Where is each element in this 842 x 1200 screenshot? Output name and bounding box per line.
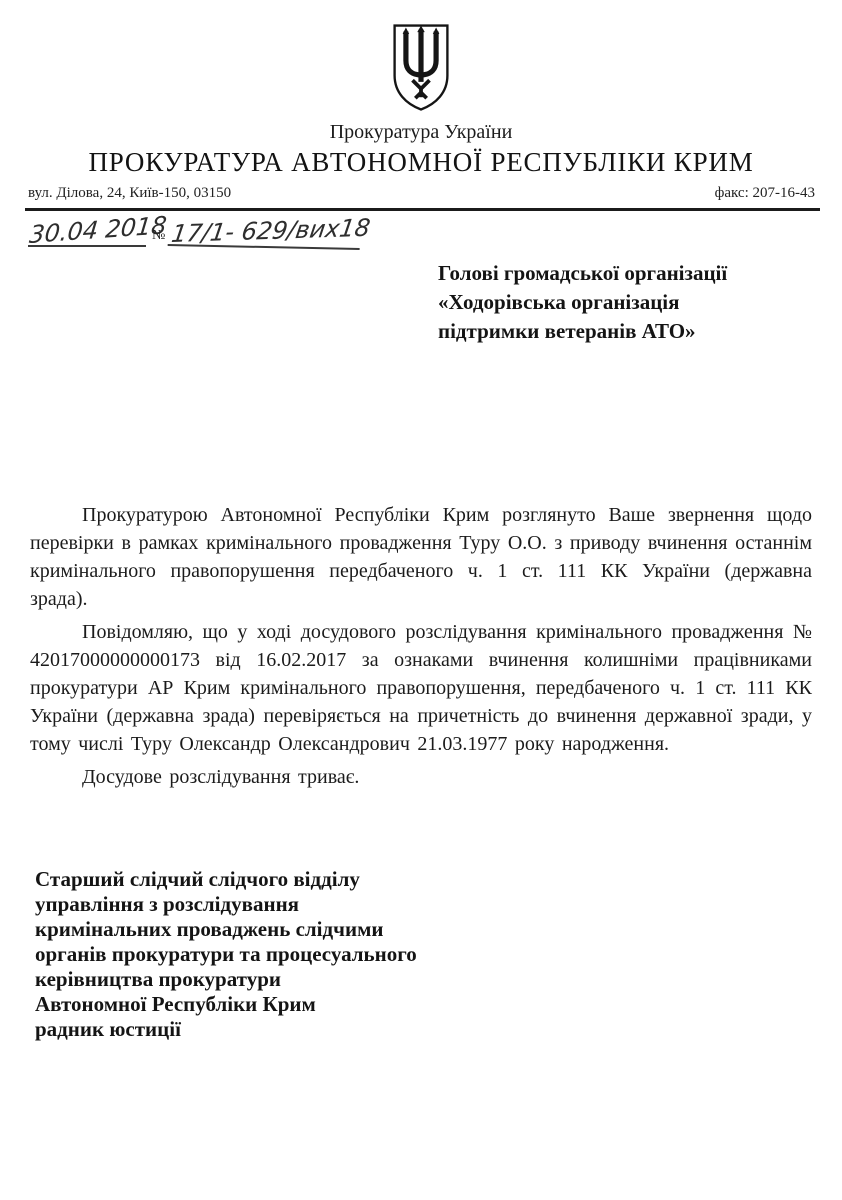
recipient-line: Голові громадської організації: [438, 259, 842, 288]
scanned-letter-page: Прокуратура України ПРОКУРАТУРА АВТОНОМН…: [0, 0, 842, 1200]
numero-sign: №: [152, 228, 165, 244]
body-paragraph: Досудове розслідування триває.: [30, 763, 812, 791]
signature-line: радник юстиції: [35, 1017, 842, 1042]
org-title: ПРОКУРАТУРА АВТОНОМНОЇ РЕСПУБЛІКИ КРИМ: [0, 147, 842, 178]
ukraine-trident-emblem-icon: [388, 101, 454, 118]
signature-line: управління з розслідування: [35, 892, 842, 917]
address-row: вул. Ділова, 24, Київ-150, 03150 факс: 2…: [0, 185, 842, 202]
signature-line: органів прокуратури та процесуального: [35, 942, 842, 967]
signature-line: кримінальних проваджень слідчими: [35, 917, 842, 942]
body-paragraph: Прокуратурою Автономної Республіки Крим …: [30, 501, 812, 613]
signature-line: керівництва прокуратури: [35, 967, 842, 992]
handwritten-date: 30.04 2018: [28, 211, 168, 249]
signature-line: Старший слідчий слідчого відділу: [35, 867, 842, 892]
org-parent-name: Прокуратура України: [0, 121, 842, 144]
letter-body: Прокуратурою Автономної Республіки Крим …: [30, 501, 812, 791]
signature-block: Старший слідчий слідчого відділу управлі…: [35, 867, 842, 1042]
recipient-line: підтримки ветеранів АТО»: [438, 317, 842, 346]
registration-line: 30.04 2018 № 17/1- 629/вих18: [28, 211, 842, 257]
signature-line: Автономної Республіки Крим: [35, 992, 842, 1017]
letterhead: [0, 0, 842, 119]
recipient-line: «Ходорівська організація: [438, 288, 842, 317]
handwritten-number: 17/1- 629/вих18: [170, 214, 373, 248]
registration-number-blank: 17/1- 629/вих18: [168, 210, 361, 250]
org-fax: факс: 207-16-43: [715, 185, 815, 202]
body-paragraph: Повідомляю, що у ході досудового розслід…: [30, 618, 812, 758]
org-address: вул. Ділова, 24, Київ-150, 03150: [28, 185, 231, 202]
recipient-block: Голові громадської організації «Ходорівс…: [438, 259, 842, 346]
registration-date-blank: 30.04 2018: [28, 211, 146, 247]
